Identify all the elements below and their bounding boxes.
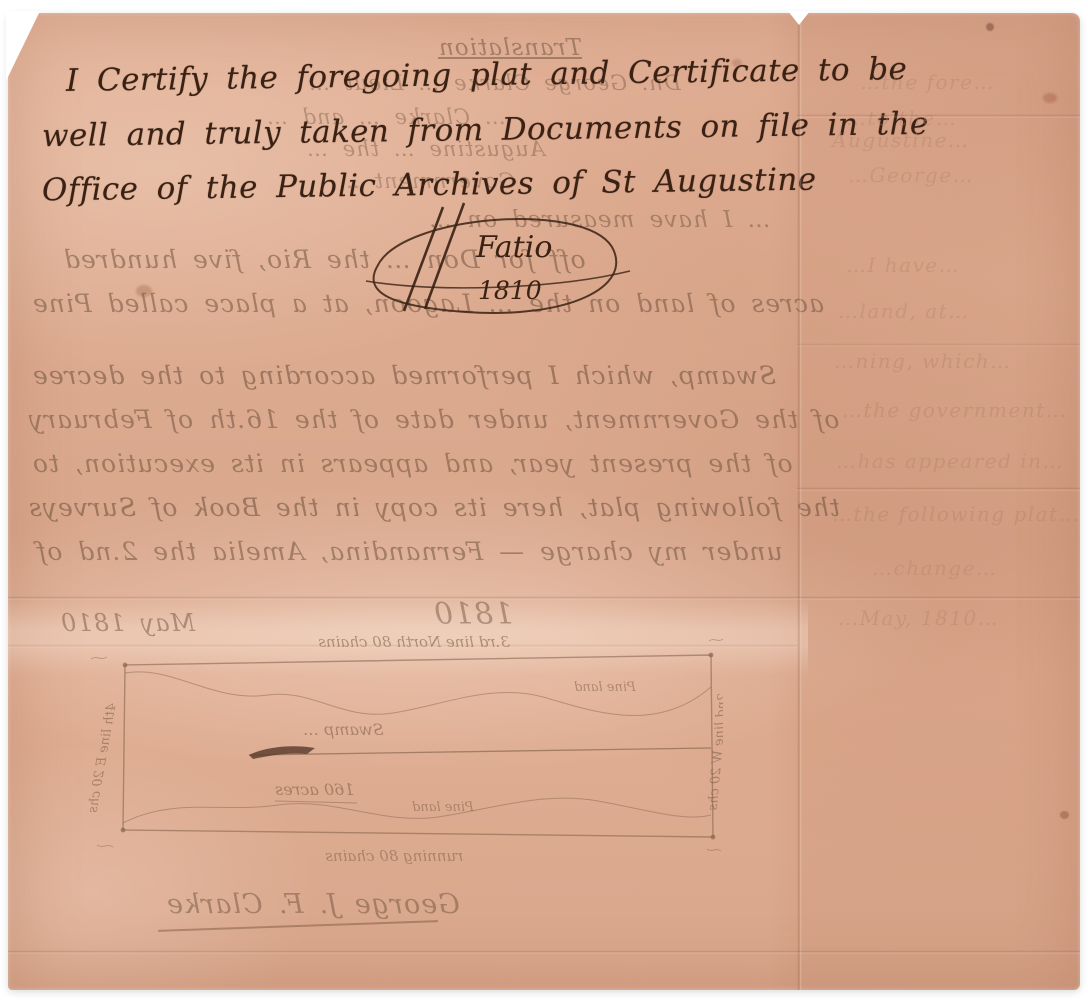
certification-line-1: I Certify the foregoing plat and Certifi… bbox=[66, 51, 908, 99]
right-page-line: …the fore… bbox=[860, 70, 995, 94]
plat-pine-label-bottom: Pine land bbox=[412, 800, 475, 815]
plat-bottom-dimension: running 80 chains bbox=[325, 847, 463, 865]
right-page-line: …George… bbox=[848, 163, 974, 187]
stain bbox=[1043, 93, 1057, 103]
reverse-signature-underline bbox=[158, 920, 438, 932]
right-page-line: …has appeared in… bbox=[836, 449, 1064, 473]
bleedthrough-line: under my charge — Fernandina, Amelia the… bbox=[36, 537, 783, 566]
right-page-line: Augustine… bbox=[832, 128, 969, 152]
corner-notes bbox=[91, 639, 723, 851]
paper-sheet: Translation Dn. George Clarke … Lieut … … bbox=[8, 13, 1080, 990]
plat-drawing: 3.rd line North 80 chains Pine land Pine… bbox=[63, 625, 723, 870]
bleedthrough-line: Swamp, which I performed according to th… bbox=[32, 361, 776, 390]
right-page-line: …the government… bbox=[842, 398, 1067, 422]
right-page-line: …the following plat… bbox=[832, 502, 1080, 526]
horizontal-fold-crease bbox=[797, 114, 1080, 118]
right-page-line: …change… bbox=[872, 556, 998, 580]
plat-swamp-label: Swamp … bbox=[303, 720, 384, 739]
right-page-line: …to the… bbox=[846, 106, 957, 130]
survey-arrow bbox=[249, 746, 315, 759]
stain bbox=[732, 59, 742, 67]
bleedthrough-line: the following plat, here its copy in the… bbox=[28, 493, 840, 522]
plat-left-dimension: 4th line E 20 chs bbox=[86, 701, 120, 814]
horizontal-fold-crease bbox=[797, 343, 1080, 347]
scanned-manuscript: Translation Dn. George Clarke … Lieut … … bbox=[0, 0, 1088, 1008]
plat-top-dimension: 3.rd line North 80 chains bbox=[318, 633, 510, 651]
right-page-line: …land, at… bbox=[838, 299, 970, 323]
stain bbox=[986, 23, 994, 31]
right-page-line: …ning, which… bbox=[834, 349, 1012, 373]
horizontal-fold-crease bbox=[8, 644, 798, 648]
right-page-line: …I have… bbox=[846, 253, 960, 277]
horizontal-fold-crease bbox=[8, 950, 1080, 954]
right-page-line: …May, 1810… bbox=[838, 606, 999, 630]
bleedthrough-line: of the Government, under date of the 16.… bbox=[28, 405, 839, 434]
bleedthrough-reverse-signature: George J. F. Clarke bbox=[166, 889, 460, 920]
plat-pine-label-top: Pine land bbox=[574, 680, 637, 695]
horizontal-fold-crease bbox=[797, 487, 1080, 491]
signature-flourish: Fatio 1810 bbox=[346, 193, 646, 323]
stain bbox=[136, 285, 152, 297]
bleedthrough-line: of the present year, and appears in its … bbox=[32, 449, 793, 478]
plat-area-label: 160 acres bbox=[275, 780, 354, 799]
signature-name: Fatio bbox=[475, 230, 552, 265]
horizontal-fold-crease bbox=[8, 596, 1080, 600]
signature-year: 1810 bbox=[478, 276, 542, 305]
vertical-fold-crease bbox=[797, 13, 802, 990]
stain bbox=[1060, 811, 1069, 819]
plat-right-dimension: 2nd line W 20 chs bbox=[706, 691, 723, 811]
survey-line bbox=[249, 748, 711, 755]
certification-line-2: well and truly taken from Documents on f… bbox=[42, 106, 929, 154]
